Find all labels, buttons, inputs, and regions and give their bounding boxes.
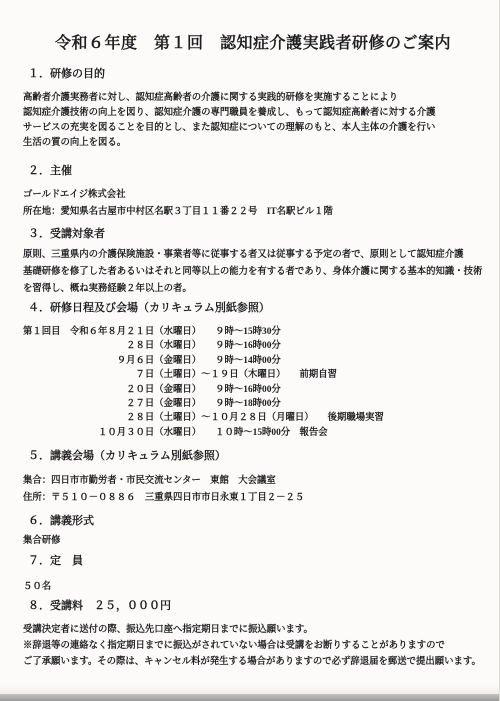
schedule-line: ２７日（金曜日） ９時～18時00分 xyxy=(23,397,483,411)
capacity-value: ５０名 xyxy=(23,580,483,594)
scan-shadow xyxy=(0,684,499,694)
schedule-line: ２８日（水曜日） ９時～16時00分 xyxy=(23,339,483,353)
organizer-address: 所在地：愛知県名古屋市中村区名駅３丁目１１番２２号 IT名駅ビル１階 xyxy=(23,204,483,221)
section-7-heading: ７．定 員 xyxy=(28,555,483,568)
document-title: 令和６年度 第１回 認知症介護実践者研修のご案内 xyxy=(23,33,483,55)
organizer-name: ゴールドエイジ株式会社 xyxy=(23,187,483,204)
section-5-body: 集合：四日市市勤労者・市民交流センター 東館 大会議室 住所：〒５１０－０８８６… xyxy=(23,473,483,506)
cancellation-note: ※辞退等の連絡なく指定期日までに振込がされていない場合は受講をお断りすることがあ… xyxy=(23,638,483,654)
section-5-heading: ５．講義会場（カリキュラム別紙参照） xyxy=(28,450,483,463)
section-8-heading: ８．受講料 ２５，０００円 xyxy=(28,600,483,613)
body-line: 認知症介護技術の向上を図り、認知症介護の専門職員を養成し、もって認知症高齢者に対… xyxy=(23,106,483,121)
lecture-format: 集合研修 xyxy=(23,534,483,548)
payment-note: 受講決定者に送付の際、振込先口座へ指定期日までに振込願います。 xyxy=(23,622,483,638)
schedule-line: 第１回目 令和６年８月２１日（水曜日） ９時～15時30分 xyxy=(23,325,483,339)
schedule-block: 第１回目 令和６年８月２１日（水曜日） ９時～15時30分 ２８日（水曜日） ９… xyxy=(23,325,483,440)
body-line: 生活の質の向上を図る。 xyxy=(23,136,483,151)
scan-edge xyxy=(0,694,499,701)
schedule-line: ２０日（金曜日） ９時～16時00分 xyxy=(23,383,483,397)
cancellation-note: ご了承願います。その際は、キャンセル料が発生する場合がありますので必ず辞退届を郵… xyxy=(23,654,483,670)
body-line: 基礎研修を修了した者あるいはそれと同等以上の能力を有する者であり、身体介護に関す… xyxy=(23,264,483,281)
body-line: を習得し、概ね実務経験２年以上の者。 xyxy=(23,281,483,298)
section-2-heading: ２．主催 xyxy=(28,165,483,178)
document-page: 令和６年度 第１回 認知症介護実践者研修のご案内 １．研修の目的 高齢者介護実務… xyxy=(0,0,500,701)
section-1-body: 高齢者介護実務者に対し、認知症高齢者の介護に関する実践的研修を実施することにより… xyxy=(23,91,483,151)
schedule-line: ２８日（土曜日）～１０月２８日（月曜日） 後期職場実習 xyxy=(23,411,483,425)
body-line: サービスの充実を図ることを目的とし、また認知症についての理解のもと、本人主体の介… xyxy=(23,121,483,136)
section-2-body: ゴールドエイジ株式会社 所在地：愛知県名古屋市中村区名駅３丁目１１番２２号 IT… xyxy=(23,187,483,221)
section-3-body: 原則、三重県内の介護保険施設・事業者等に従事する者又は従事する予定の者で、原則と… xyxy=(23,247,483,298)
section-7-body: ５０名 xyxy=(23,580,483,594)
section-8-body: 受講決定者に送付の際、振込先口座へ指定期日までに振込願います。 ※辞退等の連絡な… xyxy=(23,622,483,670)
section-1-heading: １．研修の目的 xyxy=(28,68,483,81)
body-line: 高齢者介護実務者に対し、認知症高齢者の介護に関する実践的研修を実施することにより xyxy=(23,91,483,106)
section-4-heading: ４．研修日程及び会場（カリキュラム別紙参照） xyxy=(28,302,483,315)
schedule-line: １０月３０日（水曜日） １０時～15時00分 報告会 xyxy=(23,426,483,440)
section-6-body: 集合研修 xyxy=(23,534,483,548)
section-6-heading: ６．講義形式 xyxy=(28,515,483,528)
venue-address: 住所：〒５１０－０８８６ 三重県四日市市日永東１丁目２－２５ xyxy=(23,490,483,507)
schedule-line: ７日（土曜日）～１９日（木曜日） 前期自習 xyxy=(23,368,483,382)
schedule-line: ９月６日（金曜日） ９時～14時00分 xyxy=(23,354,483,368)
venue-meeting-place: 集合：四日市市勤労者・市民交流センター 東館 大会議室 xyxy=(23,473,483,490)
body-line: 原則、三重県内の介護保険施設・事業者等に従事する者又は従事する予定の者で、原則と… xyxy=(23,247,483,264)
section-3-heading: ３．受講対象者 xyxy=(28,228,483,241)
